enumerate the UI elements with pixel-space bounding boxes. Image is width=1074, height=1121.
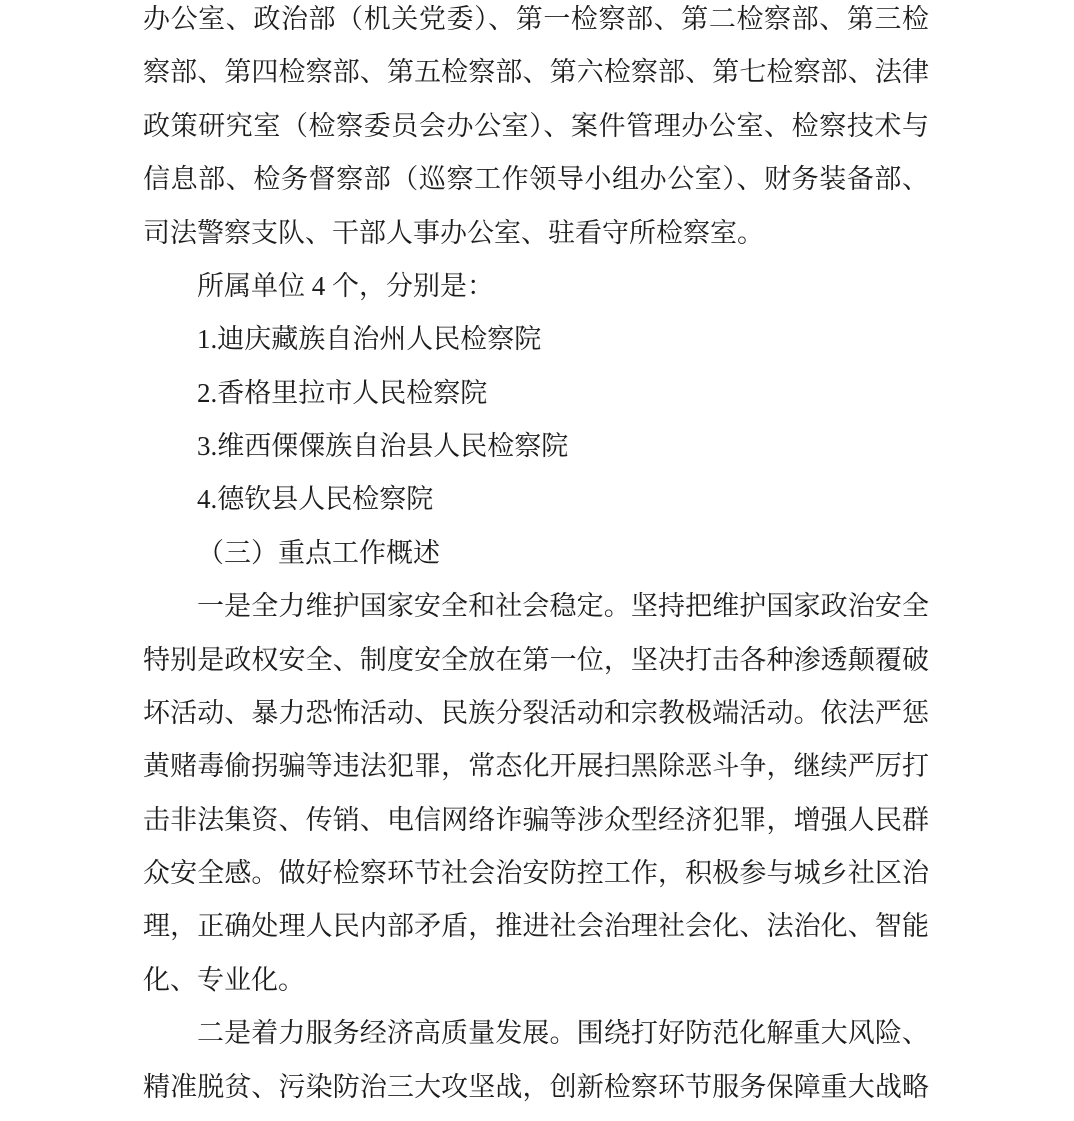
document-page: 办公室、政治部（机关党委）、第一检察部、第二检察部、第三检察部、第四检察部、第五…: [0, 0, 1074, 1121]
text-line: 特别是政权安全、制度安全放在第一位，坚决打击各种渗透颠覆破: [143, 634, 929, 687]
text-line: 政策研究室（检察委员会办公室）、案件管理办公室、检察技术与: [143, 100, 929, 153]
text-line: 二是着力服务经济高质量发展。围绕打好防范化解重大风险、: [143, 1007, 929, 1060]
text-line: 4.德钦县人民检察院: [143, 473, 929, 526]
text-line: 精准脱贫、污染防治三大攻坚战，创新检察环节服务保障重大战略: [143, 1061, 929, 1114]
text-line: 一是全力维护国家安全和社会稳定。坚持把维护国家政治安全: [143, 580, 929, 633]
text-line: 理，正确处理人民内部矛盾，推进社会治理社会化、法治化、智能: [143, 900, 929, 953]
text-line: 化、专业化。: [143, 954, 929, 1007]
text-line: 1.迪庆藏族自治州人民检察院: [143, 313, 929, 366]
text-line: 击非法集资、传销、电信网络诈骗等涉众型经济犯罪，增强人民群: [143, 794, 929, 847]
text-line: 信息部、检务督察部（巡察工作领导小组办公室）、财务装备部、: [143, 153, 929, 206]
text-line: 办公室、政治部（机关党委）、第一检察部、第二检察部、第三检: [143, 0, 929, 46]
text-line: 司法警察支队、干部人事办公室、驻看守所检察室。: [143, 207, 929, 260]
document-text-block: 办公室、政治部（机关党委）、第一检察部、第二检察部、第三检察部、第四检察部、第五…: [143, 0, 929, 1114]
text-line: 坏活动、暴力恐怖活动、民族分裂活动和宗教极端活动。依法严惩: [143, 687, 929, 740]
text-line: 3.维西傈僳族自治县人民检察院: [143, 420, 929, 473]
section-heading: （三）重点工作概述: [143, 527, 929, 580]
text-line: 黄赌毒偷拐骗等违法犯罪，常态化开展扫黑除恶斗争，继续严厉打: [143, 740, 929, 793]
text-line: 2.香格里拉市人民检察院: [143, 367, 929, 420]
text-line: 察部、第四检察部、第五检察部、第六检察部、第七检察部、法律: [143, 46, 929, 99]
text-line: 众安全感。做好检察环节社会治安防控工作，积极参与城乡社区治: [143, 847, 929, 900]
text-line: 所属单位 4 个，分别是：: [143, 260, 929, 313]
